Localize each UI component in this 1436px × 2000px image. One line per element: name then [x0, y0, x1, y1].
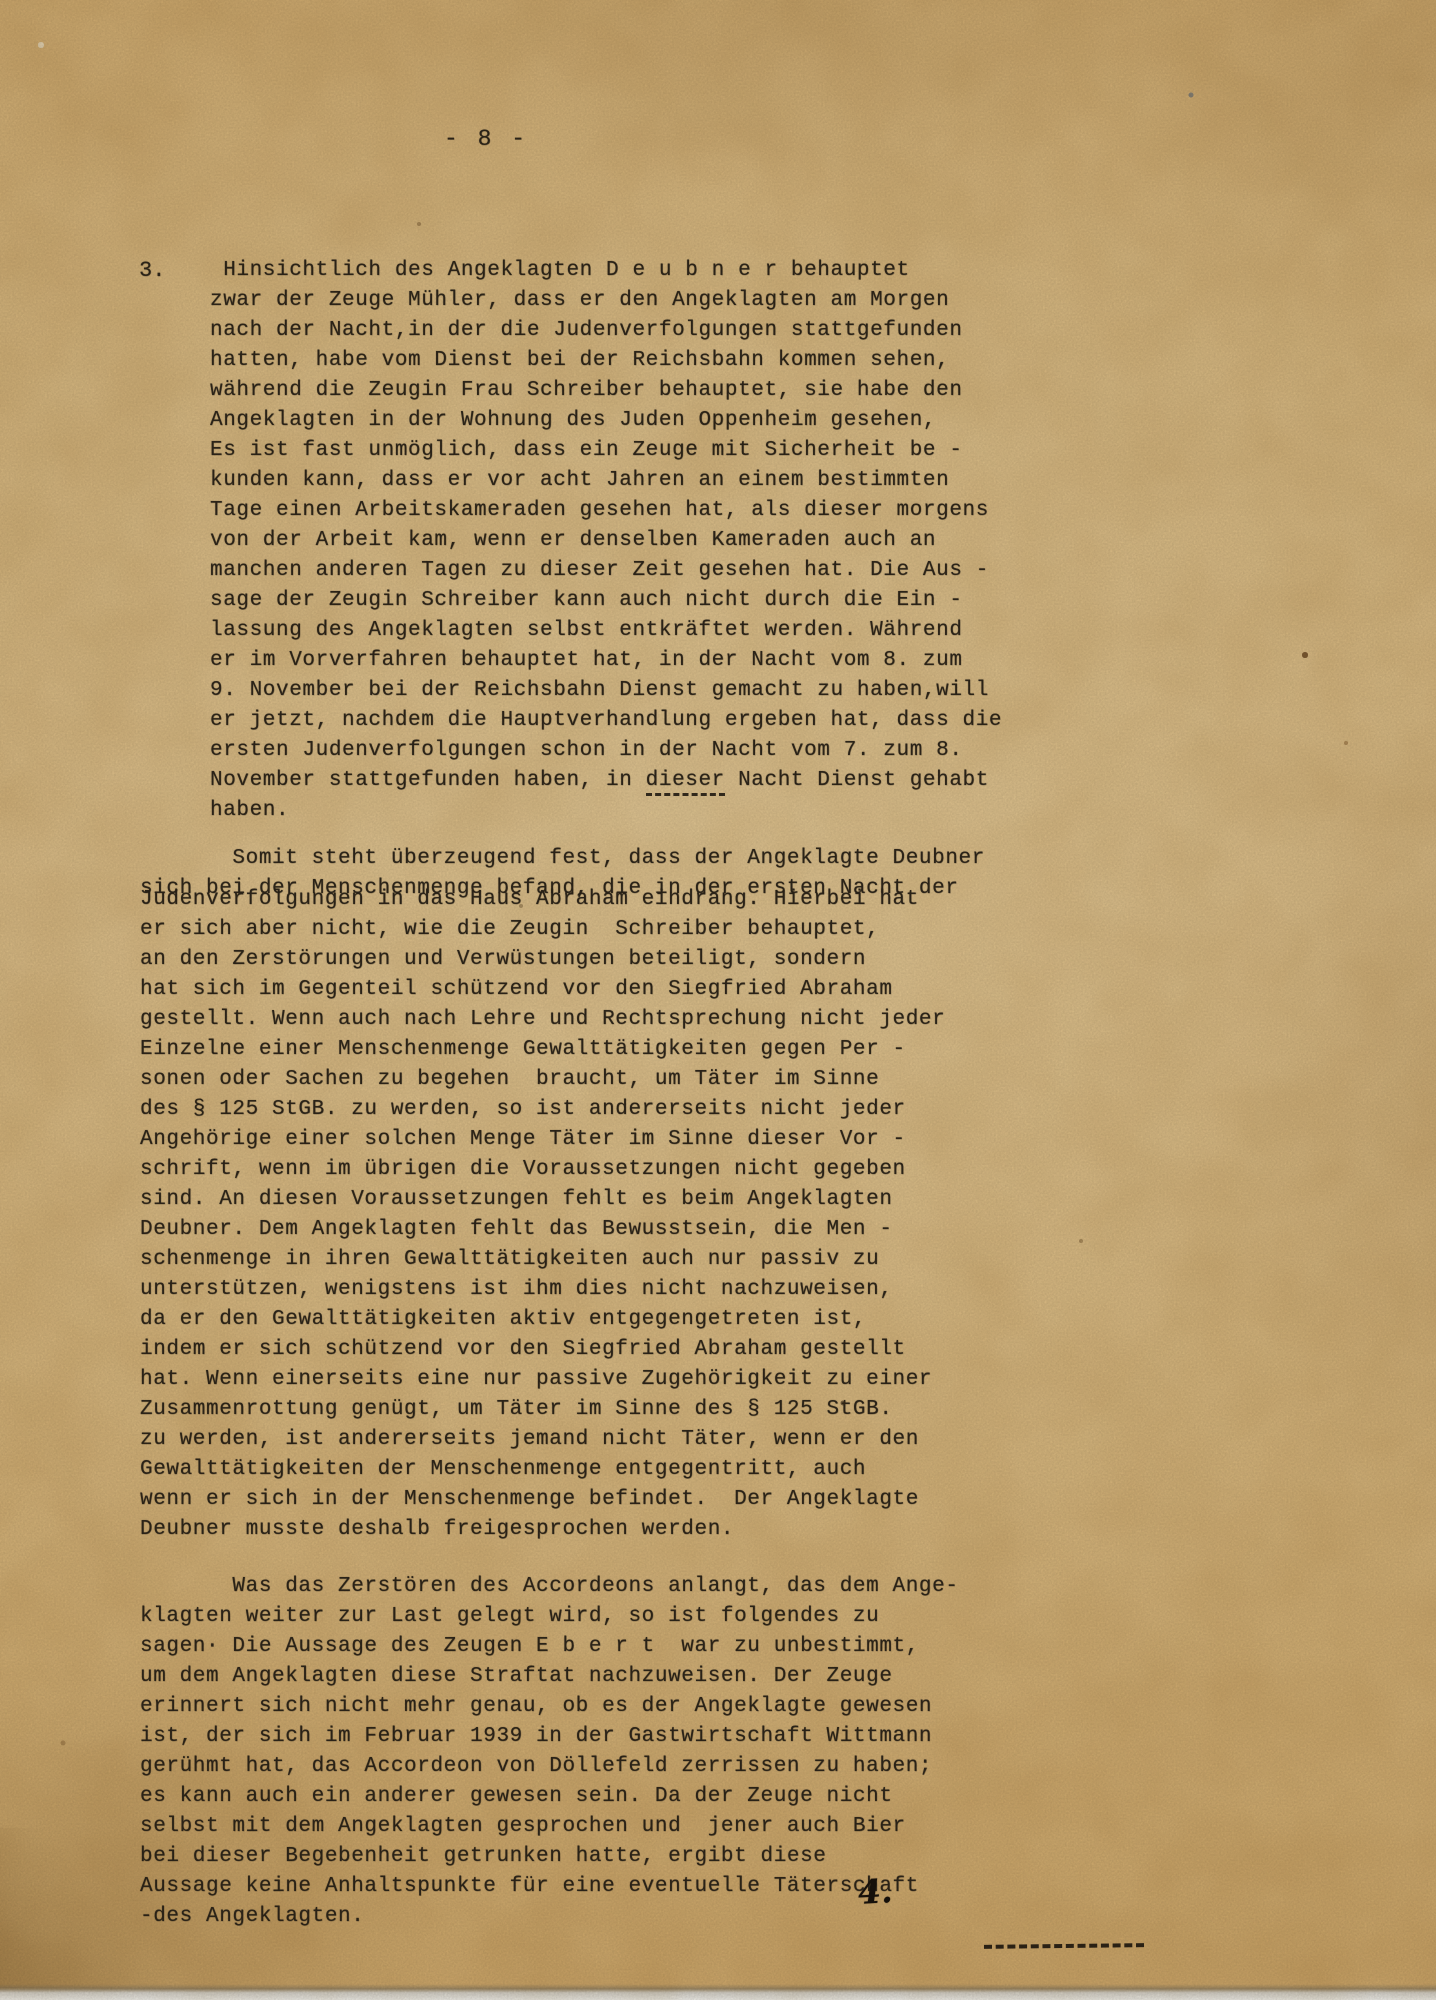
text-line: Einzelne einer Menschenmenge Gewalttätig… — [140, 1035, 1436, 1065]
text-line: Aussage keine Anhaltspunkte für eine eve… — [140, 1872, 1436, 1902]
text-line: Deubner musste deshalb freigesprochen we… — [140, 1515, 1436, 1545]
text-line: schrift, wenn im übrigen die Voraussetzu… — [140, 1155, 1436, 1185]
text-line: 9. November bei der Reichsbahn Dienst ge… — [210, 676, 1436, 706]
text-line: Judenverfolgungen in das Haus Abraham ei… — [140, 885, 1436, 915]
text-line: unterstützen, wenigstens ist ihm dies ni… — [140, 1275, 1436, 1305]
text-line: wenn er sich in der Menschenmenge befind… — [140, 1485, 1436, 1515]
scan-edge — [0, 1984, 1436, 2000]
scanned-document-page: - 8 - 3. Hinsichtlich des Angeklagten D … — [0, 0, 1436, 2000]
text-line: Deubner. Dem Angeklagten fehlt das Bewus… — [140, 1215, 1436, 1245]
text-line: sonen oder Sachen zu begehen braucht, um… — [140, 1065, 1436, 1095]
text-line: zu werden, ist andererseits jemand nicht… — [140, 1425, 1436, 1455]
text-line: Somit steht überzeugend fest, dass der A… — [140, 844, 1436, 874]
text-line: manchen anderen Tagen zu dieser Zeit ges… — [210, 556, 1436, 586]
text-line: Gewalttätigkeiten der Menschenmenge entg… — [140, 1455, 1436, 1485]
handwritten-page-number: 4. — [857, 1871, 893, 1912]
text-line: er jetzt, nachdem die Hauptverhandlung e… — [210, 706, 1436, 736]
text-line: da er den Gewalttätigkeiten aktiv entgeg… — [140, 1305, 1436, 1335]
text-line: kunden kann, dass er vor acht Jahren an … — [210, 466, 1436, 496]
text-line: um dem Angeklagten diese Straftat nachzu… — [140, 1662, 1436, 1692]
text-line: Hinsichtlich des Angeklagten D e u b n e… — [210, 256, 1436, 286]
text-line: während die Zeugin Frau Schreiber behaup… — [210, 376, 1436, 406]
paragraph-3: Was das Zerstören des Accordeons anlangt… — [140, 1572, 1436, 1932]
text-line: hat. Wenn einerseits eine nur passive Zu… — [140, 1365, 1436, 1395]
text-line: sagen· Die Aussage des Zeugen E b e r t … — [140, 1632, 1436, 1662]
document-body: 3. Hinsichtlich des Angeklagten D e u b … — [0, 256, 1436, 1932]
text-line: zwar der Zeuge Mühler, dass er den Angek… — [210, 286, 1436, 316]
text-line: an den Zerstörungen und Verwüstungen bet… — [140, 945, 1436, 975]
text-line: Tage einen Arbeitskameraden gesehen hat,… — [210, 496, 1436, 526]
text-line: bei dieser Begebenheit getrunken hatte, … — [140, 1842, 1436, 1872]
text-line: ersten Judenverfolgungen schon in der Na… — [210, 736, 1436, 766]
paragraph-2: Somit steht überzeugend fest, dass der A… — [140, 844, 1436, 1545]
paragraph-1-lines: Hinsichtlich des Angeklagten D e u b n e… — [210, 256, 1436, 766]
paragraph-1: Hinsichtlich des Angeklagten D e u b n e… — [210, 256, 1436, 826]
underlined-word: dieser — [646, 769, 725, 796]
text-line: des § 125 StGB. zu werden, so ist andere… — [140, 1095, 1436, 1125]
text-line: gestellt. Wenn auch nach Lehre und Recht… — [140, 1005, 1436, 1035]
text-line-underlined: November stattgefunden haben, in dieser … — [210, 766, 1436, 796]
text-line: nach der Nacht,in der die Judenverfolgun… — [210, 316, 1436, 346]
text-line: Was das Zerstören des Accordeons anlangt… — [140, 1572, 1436, 1602]
paper-corner-fold — [0, 1828, 190, 1988]
text-segment: Nacht Dienst gehabt — [725, 769, 989, 792]
text-line: sind. An diesen Voraussetzungen fehlt es… — [140, 1185, 1436, 1215]
item-number: 3. — [139, 256, 165, 286]
text-line: Angehörige einer solchen Menge Täter im … — [140, 1125, 1436, 1155]
text-line: er sich aber nicht, wie die Zeugin Schre… — [140, 915, 1436, 945]
text-line: -des Angeklagten. — [140, 1902, 1436, 1932]
text-line: ist, der sich im Februar 1939 in der Gas… — [140, 1722, 1436, 1752]
text-line: von der Arbeit kam, wenn er denselben Ka… — [210, 526, 1436, 556]
text-segment: November stattgefunden haben, in — [210, 769, 646, 792]
text-line: klagten weiter zur Last gelegt wird, so … — [140, 1602, 1436, 1632]
handwritten-dash-line — [984, 1943, 1144, 1949]
text-line: Es ist fast unmöglich, dass ein Zeuge mi… — [210, 436, 1436, 466]
text-line: lassung des Angeklagten selbst entkräfte… — [210, 616, 1436, 646]
text-line: schenmenge in ihren Gewalttätigkeiten au… — [140, 1245, 1436, 1275]
text-line: sage der Zeugin Schreiber kann auch nich… — [210, 586, 1436, 616]
text-line: indem er sich schützend vor den Siegfrie… — [140, 1335, 1436, 1365]
paper-specks — [0, 0, 2, 2]
text-line: Zusammenrottung genügt, um Täter im Sinn… — [140, 1395, 1436, 1425]
text-line: es kann auch ein anderer gewesen sein. D… — [140, 1782, 1436, 1812]
page-number: - 8 - — [444, 126, 528, 152]
text-line: selbst mit dem Angeklagten gesprochen un… — [140, 1812, 1436, 1842]
text-line: Angeklagten in der Wohnung des Juden Opp… — [210, 406, 1436, 436]
text-line: erinnert sich nicht mehr genau, ob es de… — [140, 1692, 1436, 1722]
text-line: hat sich im Gegenteil schützend vor den … — [140, 975, 1436, 1005]
text-line: hatten, habe vom Dienst bei der Reichsba… — [210, 346, 1436, 376]
text-line: gerühmt hat, das Accordeon von Döllefeld… — [140, 1752, 1436, 1782]
text-line: haben. — [210, 796, 1436, 826]
text-line: er im Vorverfahren behauptet hat, in der… — [210, 646, 1436, 676]
